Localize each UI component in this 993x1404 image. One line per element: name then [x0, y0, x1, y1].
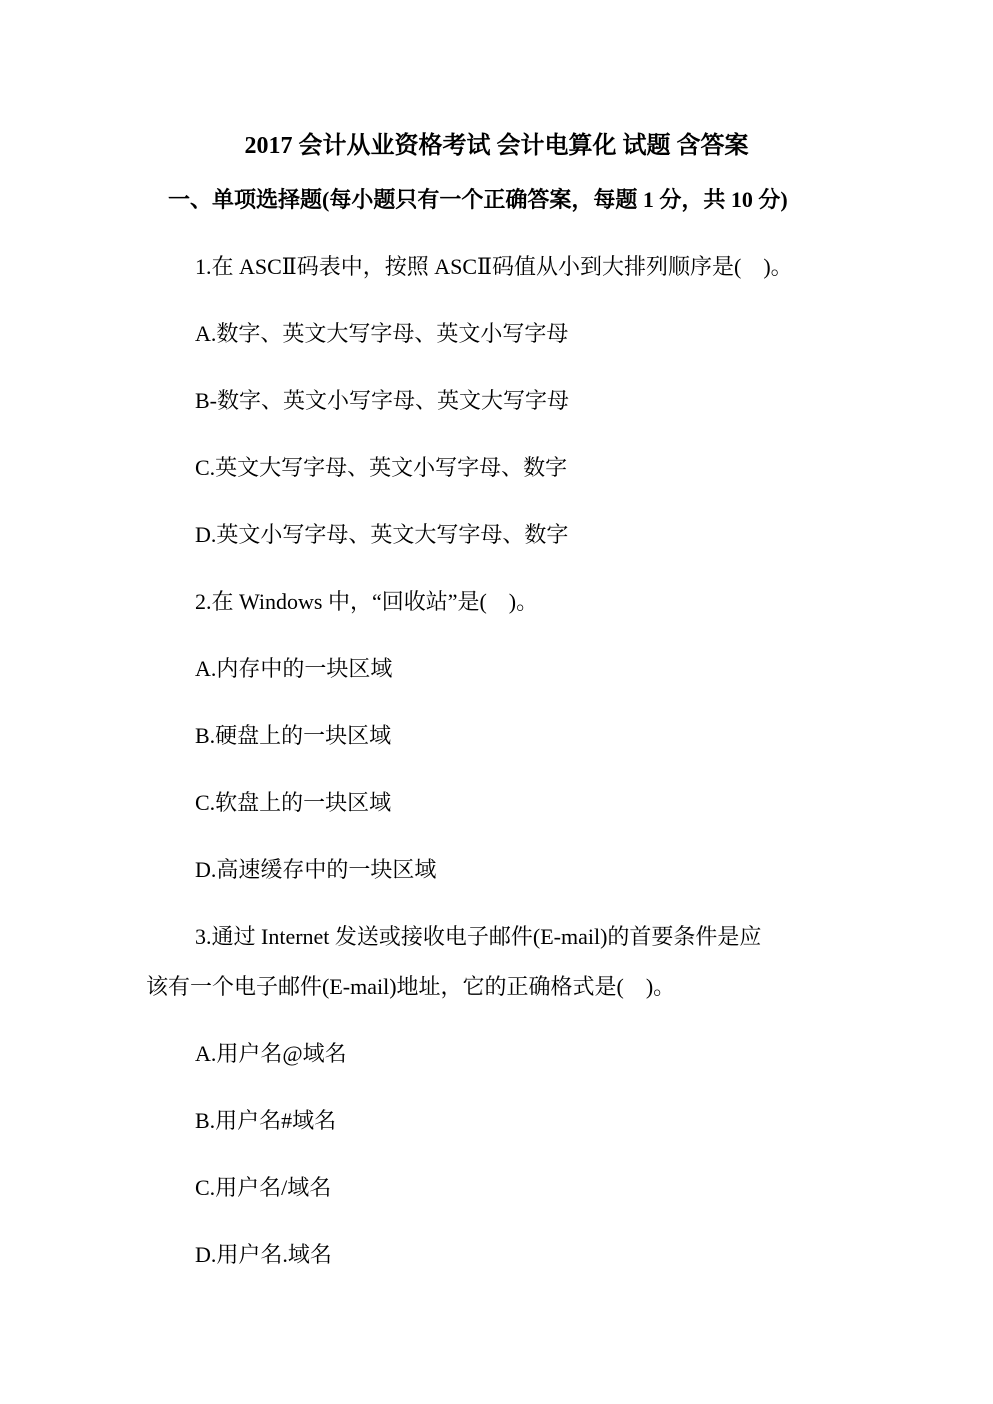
- question-3-stem-line-2: 该有一个电子邮件(E-mail)地址，它的正确格式是( )。: [146, 974, 675, 999]
- question-1-stem: 1.在 ASCⅡ码表中，按照 ASCⅡ码值从小到大排列顺序是( )。: [146, 242, 847, 292]
- document-title: 2017 会计从业资格考试 会计电算化 试题 含答案: [146, 121, 847, 171]
- question-1-option-d: D.英文小写字母、英文大写字母、数字: [146, 510, 847, 560]
- question-3-option-c: C.用户名/域名: [146, 1163, 847, 1213]
- question-1-option-a: A.数字、英文大写字母、英文小写字母: [146, 309, 847, 359]
- question-3-option-d: D.用户名.域名: [146, 1230, 847, 1280]
- question-1-option-c: C.英文大写字母、英文小写字母、数字: [146, 443, 847, 493]
- question-1-option-b: B-数字、英文小写字母、英文大写字母: [146, 376, 847, 426]
- question-2-option-a: A.内存中的一块区域: [146, 644, 847, 694]
- question-2-option-b: B.硬盘上的一块区域: [146, 711, 847, 761]
- question-3-option-b: B.用户名#域名: [146, 1096, 847, 1146]
- section-heading: 一、单项选择题(每小题只有一个正确答案，每题 1 分，共 10 分): [146, 175, 847, 225]
- question-2-option-d: D.高速缓存中的一块区域: [146, 845, 847, 895]
- question-3-stem: 3.通过 Internet 发送或接收电子邮件(E-mail)的首要条件是应该有…: [146, 912, 847, 1012]
- question-3-option-a: A.用户名@域名: [146, 1029, 847, 1079]
- question-2-stem: 2.在 Windows 中，“回收站”是( )。: [146, 577, 847, 627]
- question-2-option-c: C.软盘上的一块区域: [146, 778, 847, 828]
- question-3-stem-line-1: 3.通过 Internet 发送或接收电子邮件(E-mail)的首要条件是应: [195, 924, 761, 949]
- document-page: 2017 会计从业资格考试 会计电算化 试题 含答案 一、单项选择题(每小题只有…: [0, 0, 993, 1404]
